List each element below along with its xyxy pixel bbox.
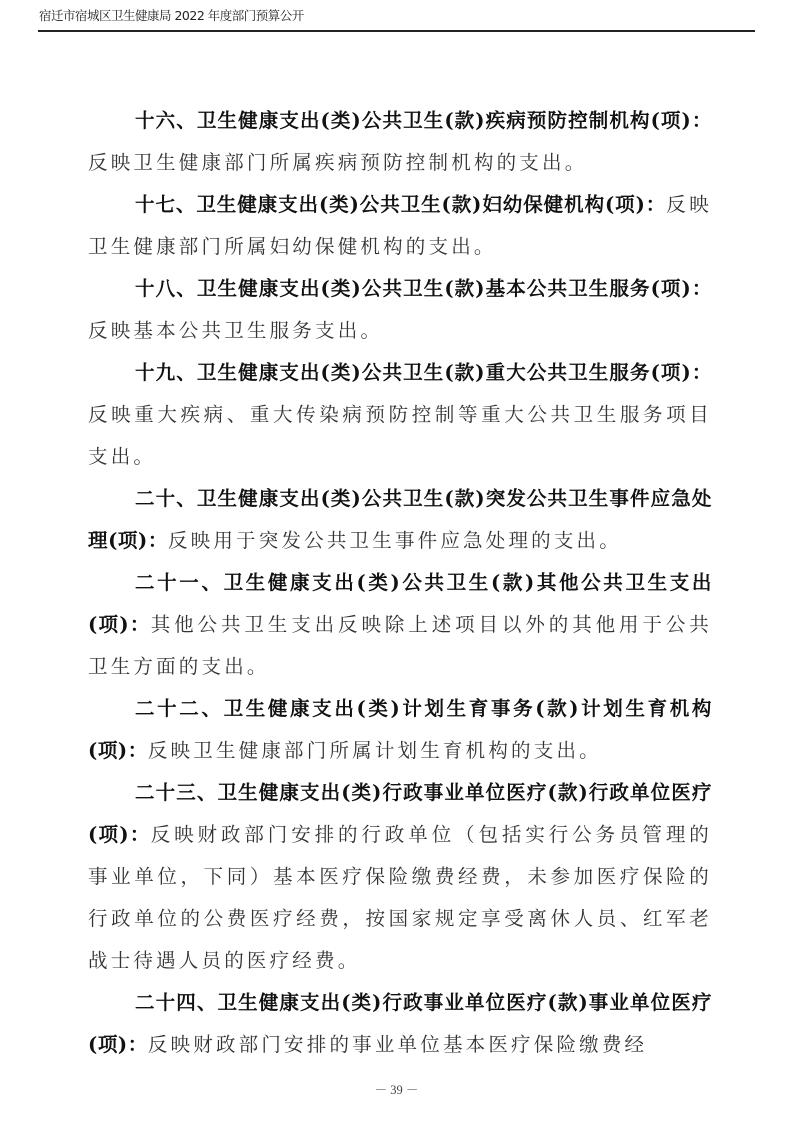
item-heading: 十九、卫生健康支出(类)公共卫生(款)重大公共卫生服务(项)： — [135, 361, 712, 384]
document-body: 十六、卫生健康支出(类)公共卫生(款)疾病预防控制机构(项)：反映卫生健康部门所… — [88, 100, 712, 1066]
paragraph-item-17: 十七、卫生健康支出(类)公共卫生(款)妇幼保健机构(项)：反映卫生健康部门所属妇… — [88, 184, 712, 268]
paragraph-item-19: 十九、卫生健康支出(类)公共卫生(款)重大公共卫生服务(项)：反映重大疾病、重大… — [88, 352, 712, 478]
item-description: 反映财政部门安排的事业单位基本医疗保险缴费经 — [148, 1033, 647, 1056]
paragraph-item-23: 二十三、卫生健康支出(类)行政事业单位医疗(款)行政单位医疗(项)：反映财政部门… — [88, 772, 712, 982]
item-description: 反映重大疾病、重大传染病预防控制等重大公共卫生服务项目支出。 — [88, 403, 712, 468]
paragraph-item-21: 二十一、卫生健康支出(类)公共卫生(款)其他公共卫生支出(项)：其他公共卫生支出… — [88, 562, 712, 688]
page-number: － 39 － — [0, 1080, 793, 1098]
item-description: 反映卫生健康部门所属计划生育机构的支出。 — [148, 739, 602, 762]
paragraph-item-22: 二十二、卫生健康支出(类)计划生育事务(款)计划生育机构(项)：反映卫生健康部门… — [88, 688, 712, 772]
paragraph-item-18: 十八、卫生健康支出(类)公共卫生(款)基本公共卫生服务(项)：反映基本公共卫生服… — [88, 268, 712, 352]
paragraph-item-24: 二十四、卫生健康支出(类)行政事业单位医疗(款)事业单位医疗(项)：反映财政部门… — [88, 982, 712, 1066]
item-heading: 十七、卫生健康支出(类)公共卫生(款)妇幼保健机构(项)： — [135, 193, 666, 216]
paragraph-item-16: 十六、卫生健康支出(类)公共卫生(款)疾病预防控制机构(项)：反映卫生健康部门所… — [88, 100, 712, 184]
item-description: 反映卫生健康部门所属疾病预防控制机构的支出。 — [88, 151, 587, 174]
running-header: 宿迁市宿城区卫生健康局 2022 年度部门预算公开 — [39, 6, 489, 24]
item-heading: 十八、卫生健康支出(类)公共卫生(款)基本公共卫生服务(项)： — [135, 277, 712, 300]
header-divider — [38, 30, 755, 32]
item-description: 反映用于突发公共卫生事件应急处理的支出。 — [168, 529, 622, 552]
paragraph-item-20: 二十、卫生健康支出(类)公共卫生(款)突发公共卫生事件应急处理(项)：反映用于突… — [88, 478, 712, 562]
item-description: 反映财政部门安排的行政单位（包括实行公务员管理的事业单位，下同）基本医疗保险缴费… — [88, 823, 712, 972]
item-heading: 十六、卫生健康支出(类)公共卫生(款)疾病预防控制机构(项)： — [135, 109, 712, 132]
item-description: 反映基本公共卫生服务支出。 — [88, 319, 383, 342]
item-description: 其他公共卫生支出反映除上述项目以外的其他用于公共卫生方面的支出。 — [88, 613, 712, 678]
